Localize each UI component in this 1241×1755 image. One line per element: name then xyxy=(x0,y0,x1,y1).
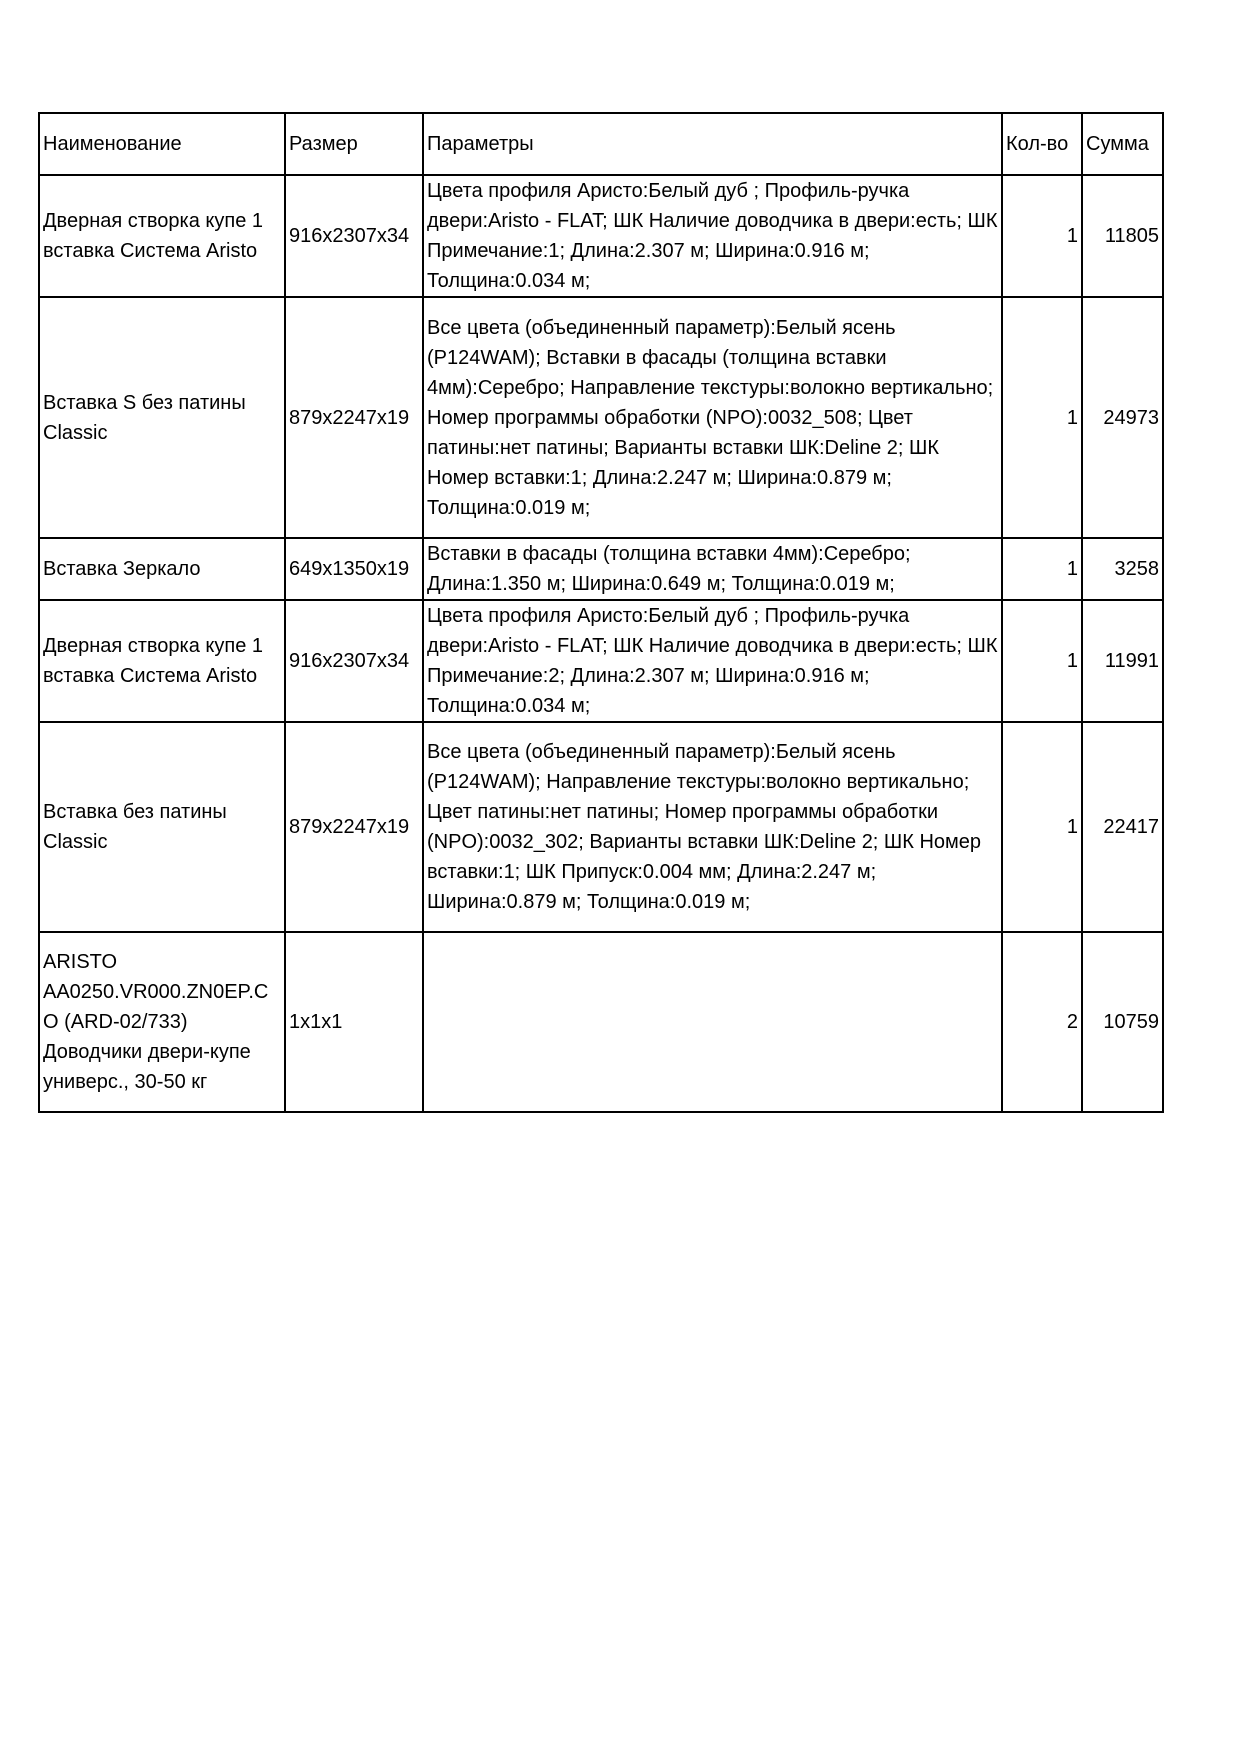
item-qty: 1 xyxy=(1002,538,1082,600)
item-sum: 11991 xyxy=(1082,600,1163,722)
item-name: Вставка Зеркало xyxy=(39,538,285,600)
item-qty: 1 xyxy=(1002,722,1082,932)
item-size: 1x1x1 xyxy=(285,932,423,1112)
item-size: 916x2307x34 xyxy=(285,600,423,722)
table-row: Вставка без патины Classic 879x2247x19 В… xyxy=(39,722,1163,932)
item-params xyxy=(423,932,1002,1112)
header-size: Размер xyxy=(285,113,423,175)
table-row: ARISTO AA0250.VR000.ZN0EP.CO (ARD-02/733… xyxy=(39,932,1163,1112)
item-size: 879x2247x19 xyxy=(285,722,423,932)
item-name: ARISTO AA0250.VR000.ZN0EP.CO (ARD-02/733… xyxy=(39,932,285,1112)
item-sum: 22417 xyxy=(1082,722,1163,932)
item-params: Цвета профиля Аристо:Белый дуб ; Профиль… xyxy=(423,175,1002,297)
item-name: Дверная створка купе 1 вставка Система A… xyxy=(39,175,285,297)
item-qty: 2 xyxy=(1002,932,1082,1112)
item-sum: 10759 xyxy=(1082,932,1163,1112)
item-sum: 11805 xyxy=(1082,175,1163,297)
item-size: 649x1350x19 xyxy=(285,538,423,600)
item-qty: 1 xyxy=(1002,297,1082,538)
item-name: Вставка без патины Classic xyxy=(39,722,285,932)
item-name: Дверная створка купе 1 вставка Система A… xyxy=(39,600,285,722)
item-sum: 24973 xyxy=(1082,297,1163,538)
header-name: Наименование xyxy=(39,113,285,175)
item-params: Все цвета (объединенный параметр):Белый … xyxy=(423,722,1002,932)
item-name: Вставка S без патины Classic xyxy=(39,297,285,538)
item-sum: 3258 xyxy=(1082,538,1163,600)
item-size: 916x2307x34 xyxy=(285,175,423,297)
table-row: Дверная створка купе 1 вставка Система A… xyxy=(39,600,1163,722)
item-qty: 1 xyxy=(1002,600,1082,722)
table-row: Вставка S без патины Classic 879x2247x19… xyxy=(39,297,1163,538)
item-params: Цвета профиля Аристо:Белый дуб ; Профиль… xyxy=(423,600,1002,722)
table-row: Дверная створка купе 1 вставка Система A… xyxy=(39,175,1163,297)
item-params: Вставки в фасады (толщина вставки 4мм):С… xyxy=(423,538,1002,600)
item-size: 879x2247x19 xyxy=(285,297,423,538)
table-header-row: Наименование Размер Параметры Кол-во Сум… xyxy=(39,113,1163,175)
table-row: Вставка Зеркало 649x1350x19 Вставки в фа… xyxy=(39,538,1163,600)
order-items-table: Наименование Размер Параметры Кол-во Сум… xyxy=(38,112,1164,1113)
item-params: Все цвета (объединенный параметр):Белый … xyxy=(423,297,1002,538)
item-qty: 1 xyxy=(1002,175,1082,297)
header-qty: Кол-во xyxy=(1002,113,1082,175)
header-sum: Сумма xyxy=(1082,113,1163,175)
header-params: Параметры xyxy=(423,113,1002,175)
